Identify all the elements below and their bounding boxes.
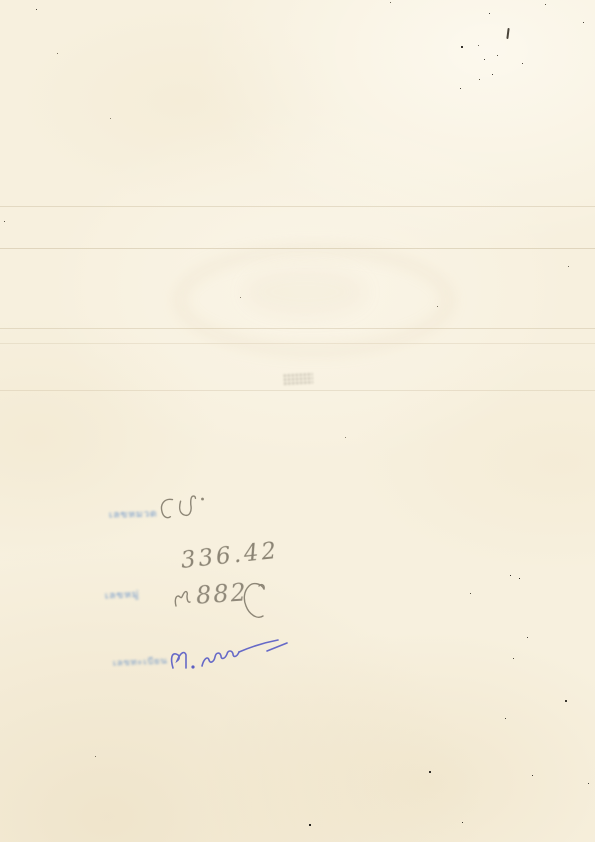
ghost-bleedthrough-emblem [245,268,365,316]
faint-smudge [283,372,314,386]
dust-specks [0,0,2,2]
handwritten-register-glyphs [166,640,314,678]
volume-stamp: เลขหมู่ [105,589,140,602]
call-number: ช 882 ช 882ค [172,580,272,622]
fold-line [0,206,595,207]
ink-speck [506,28,509,39]
call-number-digits: 882 [195,578,249,610]
scanned-page: เลขหมวด ฉบ. 336.42 เลขหมู่ ช 882 ช 882ค … [0,0,595,842]
register-number: ภ. ๑๔๕๓๗ [166,640,314,678]
dewey-number: 336.42 [180,538,281,574]
handwritten-kho-glyph [242,581,270,621]
class-number-stamp: เลขหมวด [109,509,158,522]
handwritten-copy-glyphs [155,491,213,528]
fold-line [0,390,595,391]
copy-annotation: ฉบ. [155,491,213,528]
register-stamp: เลขทะเบียน [113,656,168,670]
handwritten-cho-glyph [174,588,192,610]
